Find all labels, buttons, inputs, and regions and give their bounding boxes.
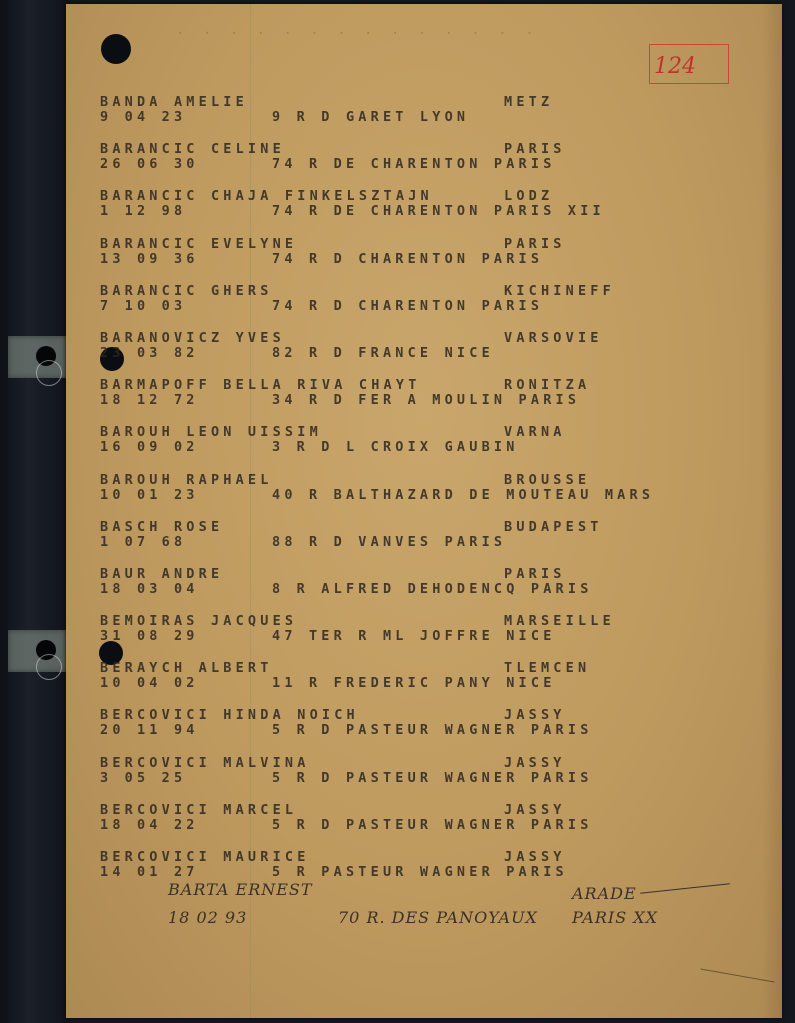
record-name: BERCOVICI MALVINA <box>100 755 310 771</box>
record-entry: BASCH ROSEBUDAPEST1 07 6888 R D VANVES P… <box>100 519 780 566</box>
binder-tab <box>8 336 66 378</box>
record-address: 74 R DE CHARENTON PARIS <box>272 156 556 172</box>
record-name: BERAYCH ALBERT <box>100 660 273 676</box>
record-name: BARANCIC EVELYNE <box>100 236 297 252</box>
record-birth-date: 18 04 22 <box>100 817 199 833</box>
record-birthplace: VARNA <box>504 424 566 440</box>
record-name: BERCOVICI HINDA NOICH <box>100 707 359 723</box>
record-entry: BANDA AMELIEMETZ9 04 239 R D GARET LYON <box>100 94 780 141</box>
record-entry: BERCOVICI MALVINAJASSY3 05 255 R D PASTE… <box>100 755 780 802</box>
record-birthplace: METZ <box>504 94 553 110</box>
record-address: 8 R ALFRED DEHODENCQ PARIS <box>272 581 593 597</box>
punch-hole <box>101 34 131 64</box>
record-entry: BAROUH LEON UISSIMVARNA16 09 023 R D L C… <box>100 424 780 471</box>
record-address: 11 R FREDERIC PANY NICE <box>272 675 556 691</box>
record-name: BAUR ANDRE <box>100 566 223 582</box>
record-birth-date: 23 03 82 <box>100 345 199 361</box>
handwritten-name: BARTA ERNEST <box>168 880 313 899</box>
handwritten-birthplace: ARADE <box>572 884 637 903</box>
handwritten-birth-date: 18 02 93 <box>168 908 247 927</box>
record-address: 5 R D PASTEUR WAGNER PARIS <box>272 770 593 786</box>
record-name: BANDA AMELIE <box>100 94 248 110</box>
record-address: 5 R D PASTEUR WAGNER PARIS <box>272 817 593 833</box>
page-number: 124 <box>654 54 696 79</box>
record-entry: BARANOVICZ YVESVARSOVIE23 03 8282 R D FR… <box>100 330 780 377</box>
record-birthplace: PARIS <box>504 236 566 252</box>
record-birthplace: KICHINEFF <box>504 283 615 299</box>
record-entry: BERAYCH ALBERTTLEMCEN10 04 0211 R FREDER… <box>100 660 780 707</box>
record-address: 74 R DE CHARENTON PARIS XII <box>272 203 605 219</box>
binder-ring <box>36 360 62 386</box>
record-birth-date: 1 12 98 <box>100 203 186 219</box>
record-name: BARANCIC CELINE <box>100 141 285 157</box>
record-address: 82 R D FRANCE NICE <box>272 345 494 361</box>
handwritten-city: PARIS XX <box>572 908 658 927</box>
record-birth-date: 16 09 02 <box>100 439 199 455</box>
record-birthplace: JASSY <box>504 849 566 865</box>
entry-list: BANDA AMELIEMETZ9 04 239 R D GARET LYONB… <box>100 94 780 896</box>
record-entry: BAUR ANDREPARIS18 03 048 R ALFRED DEHODE… <box>100 566 780 613</box>
record-birthplace: BUDAPEST <box>504 519 603 535</box>
record-birthplace: PARIS <box>504 141 566 157</box>
record-address: 3 R D L CROIX GAUBIN <box>272 439 519 455</box>
record-birth-date: 18 03 04 <box>100 581 199 597</box>
record-address: 9 R D GARET LYON <box>272 109 469 125</box>
record-birthplace: VARSOVIE <box>504 330 603 346</box>
record-entry: BARANCIC EVELYNEPARIS13 09 3674 R D CHAR… <box>100 236 780 283</box>
record-birth-date: 1 07 68 <box>100 534 186 550</box>
record-birthplace: JASSY <box>504 755 566 771</box>
record-name: BARANOVICZ YVES <box>100 330 285 346</box>
handwritten-address: 70 R. DES PANOYAUX <box>338 908 538 927</box>
record-birth-date: 31 08 29 <box>100 628 199 644</box>
record-entry: BEMOIRAS JACQUESMARSEILLE31 08 2947 TER … <box>100 613 780 660</box>
record-birthplace: RONITZA <box>504 377 590 393</box>
record-birth-date: 7 10 03 <box>100 298 186 314</box>
record-birthplace: JASSY <box>504 707 566 723</box>
record-name: BARMAPOFF BELLA RIVA CHAYT <box>100 377 421 393</box>
record-name: BARANCIC GHERS <box>100 283 273 299</box>
record-entry: BERCOVICI MARCELJASSY18 04 225 R D PASTE… <box>100 802 780 849</box>
record-name: BARANCIC CHAJA FINKELSZTAJN <box>100 188 433 204</box>
record-birth-date: 9 04 23 <box>100 109 186 125</box>
record-birth-date: 13 09 36 <box>100 251 199 267</box>
record-entry: BAROUH RAPHAELBROUSSE10 01 2340 R BALTHA… <box>100 472 780 519</box>
record-birthplace: BROUSSE <box>504 472 590 488</box>
record-birthplace: LODZ <box>504 188 553 204</box>
strikethrough-line <box>640 883 730 893</box>
record-address: 74 R D CHARENTON PARIS <box>272 298 543 314</box>
record-birth-date: 10 04 02 <box>100 675 199 691</box>
record-entry: BARMAPOFF BELLA RIVA CHAYTRONITZA18 12 7… <box>100 377 780 424</box>
record-birthplace: JASSY <box>504 802 566 818</box>
record-entry: BARANCIC GHERSKICHINEFF7 10 0374 R D CHA… <box>100 283 780 330</box>
record-birthplace: PARIS <box>504 566 566 582</box>
binder-ring <box>36 654 62 680</box>
record-entry: BERCOVICI HINDA NOICHJASSY20 11 945 R D … <box>100 707 780 754</box>
record-address: 88 R D VANVES PARIS <box>272 534 506 550</box>
record-name: BERCOVICI MARCEL <box>100 802 297 818</box>
record-birth-date: 18 12 72 <box>100 392 199 408</box>
record-name: BERCOVICI MAURICE <box>100 849 310 865</box>
binder-tab <box>8 630 66 672</box>
record-birth-date: 3 05 25 <box>100 770 186 786</box>
record-name: BAROUH LEON UISSIM <box>100 424 322 440</box>
record-name: BEMOIRAS JACQUES <box>100 613 297 629</box>
faint-header-text: · · · · · · · · · · · · · · <box>176 26 676 42</box>
binder-background <box>0 0 70 1023</box>
record-address: 34 R D FER A MOULIN PARIS <box>272 392 580 408</box>
record-address: 74 R D CHARENTON PARIS <box>272 251 543 267</box>
record-birthplace: MARSEILLE <box>504 613 615 629</box>
record-entry: BARANCIC CELINEPARIS26 06 3074 R DE CHAR… <box>100 141 780 188</box>
record-name: BAROUH RAPHAEL <box>100 472 273 488</box>
record-birthplace: TLEMCEN <box>504 660 590 676</box>
record-birth-date: 26 06 30 <box>100 156 199 172</box>
handwritten-entry: BARTA ERNEST 18 02 93 70 R. DES PANOYAUX… <box>100 876 760 936</box>
record-address: 40 R BALTHAZARD DE MOUTEAU MARS <box>272 487 654 503</box>
record-birth-date: 20 11 94 <box>100 722 199 738</box>
record-birth-date: 10 01 23 <box>100 487 199 503</box>
record-name: BASCH ROSE <box>100 519 223 535</box>
record-entry: BARANCIC CHAJA FINKELSZTAJNLODZ1 12 9874… <box>100 188 780 235</box>
record-address: 47 TER R ML JOFFRE NICE <box>272 628 556 644</box>
record-address: 5 R D PASTEUR WAGNER PARIS <box>272 722 593 738</box>
